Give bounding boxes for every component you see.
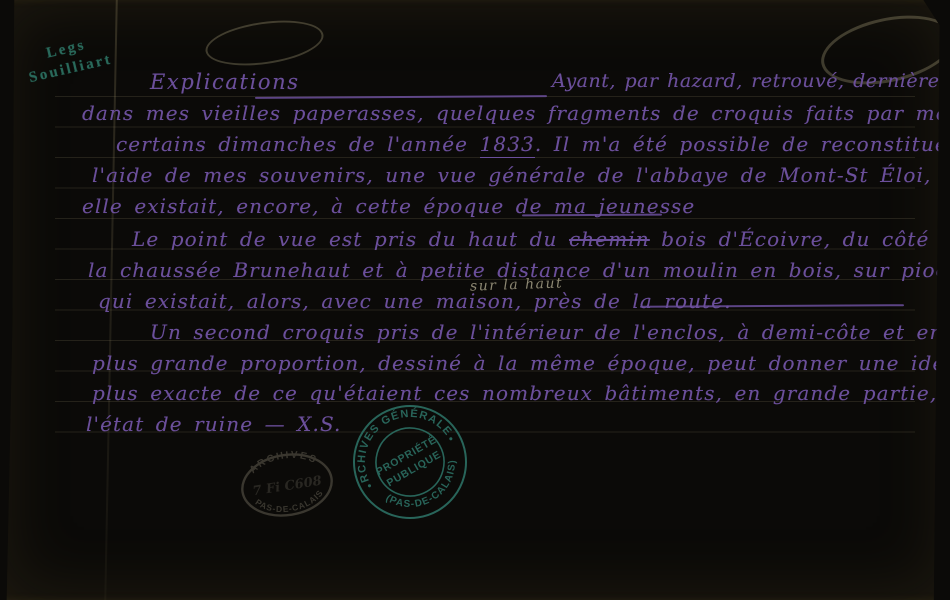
scan-background: Legs Souilliart Explications Ayant, par … bbox=[0, 0, 950, 600]
line-text: Le point de vue est pris du haut du bbox=[132, 227, 569, 251]
legs-souilliart-stamp: Legs Souilliart bbox=[23, 31, 115, 88]
end-of-paragraph-rule bbox=[640, 304, 904, 307]
manuscript-page: Legs Souilliart Explications Ayant, par … bbox=[0, 0, 950, 600]
svg-text:ARCHIVES: ARCHIVES bbox=[246, 445, 321, 477]
manuscript-line: l'état de ruine — X.S. bbox=[86, 412, 342, 436]
manuscript-line: certains dimanches de l'année 1833. Il m… bbox=[116, 132, 950, 156]
oval-stamp-graphic: ARCHIVES PAS-DE-CALAIS 7 Fi C608 bbox=[233, 444, 340, 526]
document-title: Explications bbox=[150, 70, 300, 94]
oval-stamp-top-arc: ARCHIVES bbox=[246, 445, 321, 477]
underlined-year: 1833 bbox=[480, 132, 535, 158]
manuscript-line: l'aide de mes souvenirs, une vue général… bbox=[92, 163, 950, 187]
embossed-flourish bbox=[203, 14, 327, 72]
manuscript-line: qui existait, alors, avec une maison, pr… bbox=[98, 289, 732, 313]
manuscript-line: dans mes vieilles paperasses, quelques f… bbox=[82, 101, 950, 125]
manuscript-line: Ayant, par hazard, retrouvé, dernièremen… bbox=[552, 70, 950, 92]
round-stamp-right-dot: • bbox=[447, 433, 456, 445]
manuscript-line: plus grande proportion, dessiné à la mêm… bbox=[92, 351, 950, 375]
line-text: certains dimanches de l'année bbox=[116, 132, 480, 156]
line-text: bois d'Écoivre, du côté de bbox=[650, 227, 950, 251]
manuscript-line: Le point de vue est pris du haut du chem… bbox=[132, 227, 950, 251]
manuscript-line: plus exacte de ce qu'étaient ces nombreu… bbox=[92, 381, 950, 405]
archives-oval-stamp: ARCHIVES PAS-DE-CALAIS 7 Fi C608 bbox=[233, 444, 340, 526]
round-stamp-left-dot: • bbox=[365, 480, 374, 492]
manuscript-line: Un second croquis pris de l'intérieur de… bbox=[150, 320, 943, 344]
struck-word: chemin bbox=[569, 227, 650, 251]
line-text: . Il m'a été possible de reconstituer, a… bbox=[535, 132, 950, 156]
title-underline-rule bbox=[255, 95, 547, 98]
